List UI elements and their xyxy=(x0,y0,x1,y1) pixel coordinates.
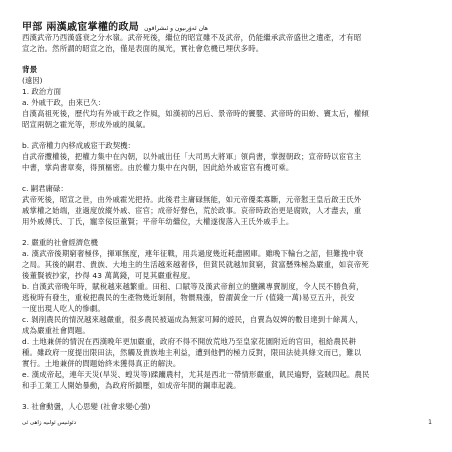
section3-heading: 3. 社會動盪，人心思變 (社會求變心強) xyxy=(22,401,434,412)
paragraph-line: b. 自漢武帝晚年時，賦稅越來越繁重。田租、口賦等及漢武帝創立的鹽鐵專賣制度，令… xyxy=(22,281,434,292)
section2-heading: 2. 嚴重的社會經濟危機 xyxy=(22,237,434,248)
paragraph-line: 之局。其後的嗣君、貴族、大地主的生活越來越奢侈，但貧民就越加貧窮，貧富懸殊極為嚴… xyxy=(22,259,434,270)
spacer xyxy=(22,54,434,64)
paragraph-line: 種。雖政府一度提出限田法，然觸及貴族地主利益，遭到他們的極力反對，限田法徒具條文… xyxy=(22,347,434,358)
paragraph-line: 戚掌權之始端，並過度放縱外戚、宦官；成帝好聲色，荒於政事。哀帝時政治更是腐敗，人… xyxy=(22,205,434,216)
title-author: هان ئەۋرىيون و ئىشرافون xyxy=(144,25,208,32)
paragraph-line: 武帝死後，昭宣之世，由外戚霍光把持。此後君主庸碌無能，如元帝優柔寡斷，元帝懟王皇… xyxy=(22,194,434,205)
paragraph-line: 一度出現人吃人的慘劇。 xyxy=(22,303,434,314)
page-footer: دئوئىيس ئولىيە زاھى ئى 1 xyxy=(22,419,434,426)
spacer xyxy=(22,391,434,401)
paragraph-line: 後董賢被抄家，抄得 43 萬萬錢，可見其嚴重程度。 xyxy=(22,270,434,281)
paragraph-line: e. 漢成帝起，連年天災(旱災、蝗災等)蹂躪農村，尤其是西北一帶情形嚴重，飢民遍… xyxy=(22,369,434,380)
paragraph-line: 昭宣兩朝之霍光等，形成外戚的風氣。 xyxy=(22,119,434,130)
intro-line: 西漢武帝乃西漢盛衰之分水嶺。武帝死後，繼位的昭宣雖不及武帝，仍能繼承武帝盛世之遺… xyxy=(22,32,434,43)
section1-a-paragraph: 自漢高祖死後，歷代均有外戚干政之作風，如漢初的呂后、景帝時的竇嬰、武帝時的田蚡、… xyxy=(22,108,434,130)
document-page: 甲部 兩漢戚宦掌權的政局 هان ئەۋرىيون و ئىشرافون 西漢武… xyxy=(22,18,434,412)
paragraph-line: 自武帝攬權後，把權力集中在內朝，以外戚出任「大司馬大將軍」領尚書，掌握朝政；宣帝… xyxy=(22,151,434,162)
section1-b-title: b. 武帝權力內移成戚宦干政契機： xyxy=(22,140,434,151)
title-row: 甲部 兩漢戚宦掌權的政局 هان ئەۋرىيون و ئىشرافون xyxy=(22,18,434,30)
paragraph-line: a. 漢武帝後期窮奢極侈，揮軍無度，連年征戰，用兵過度幾近耗盡國庫。雖晚下輪台之… xyxy=(22,248,434,259)
paragraph-line: 逃稅時有發生，重稅把農民的生產物幾近剝削，物價飛漲，曾謂黃金一斤 (值錢一萬)易… xyxy=(22,292,434,303)
paragraph-line: c. 剝削農民的情況越來越嚴重，很多農民被逼成為無家可歸的遊民，自賣為奴婢的數目… xyxy=(22,314,434,325)
section1-a-title: a. 外戚干政，由來已久： xyxy=(22,97,434,108)
intro-line: 宣之治。然所謂的昭宣之治，僅是表面的風光，實社會危機已埋伏多時。 xyxy=(22,43,434,54)
paragraph-line: 和手工業工人開始暴動，為政府所鎮壓，如成帝年間的鋼車起義。 xyxy=(22,380,434,391)
paragraph-line: 自漢高祖死後，歷代均有外戚干政之作風，如漢初的呂后、景帝時的竇嬰、武帝時的田蚡、… xyxy=(22,108,434,119)
section1-c-paragraph: 武帝死後，昭宣之世，由外戚霍光把持。此後君主庸碌無能，如元帝優柔寡斷，元帝懟王皇… xyxy=(22,194,434,227)
document-title: 甲部 兩漢戚宦掌權的政局 xyxy=(22,18,139,33)
paragraph-line: 用外戚傅氏、丁氏，寵幸佞臣董賢；平帝年幼繼位，大權遂復落入王氏外戚手上。 xyxy=(22,216,434,227)
page-number: 1 xyxy=(428,419,432,426)
section1-c-title: c. 嗣君庸碌： xyxy=(22,183,434,194)
section1-heading: 1. 政治方面 xyxy=(22,86,434,97)
background-heading: 背景 xyxy=(22,64,434,75)
paragraph-line: 實行。土地兼併的問題始終未獲得真正的解決。 xyxy=(22,358,434,369)
spacer xyxy=(22,173,434,183)
section2-paragraph: a. 漢武帝後期窮奢極侈，揮軍無度，連年征戰，用兵過度幾近耗盡國庫。雖晚下輪台之… xyxy=(22,248,434,391)
paragraph-line: 成為嚴重社會問題。 xyxy=(22,325,434,336)
spacer xyxy=(22,227,434,237)
spacer xyxy=(22,130,434,140)
paragraph-line: 中書，掌尚書章奏，得預樞密。由於權力集中在內朝，因此給外戚宦官有機可乘。 xyxy=(22,162,434,173)
section1-b-paragraph: 自武帝攬權後，把權力集中在內朝，以外戚出任「大司馬大將軍」領尚書，掌握朝政；宣帝… xyxy=(22,151,434,173)
footer-text: دئوئىيس ئولىيە زاھى ئى xyxy=(22,420,76,426)
paragraph-line: d. 土地兼併的情況在西漢晚年更加嚴重，政府不得不開放荒地乃至皇家花園附近的官田… xyxy=(22,336,434,347)
background-subheading: (遠因) xyxy=(22,75,434,86)
intro-paragraph: 西漢武帝乃西漢盛衰之分水嶺。武帝死後，繼位的昭宣雖不及武帝，仍能繼承武帝盛世之遺… xyxy=(22,32,434,54)
